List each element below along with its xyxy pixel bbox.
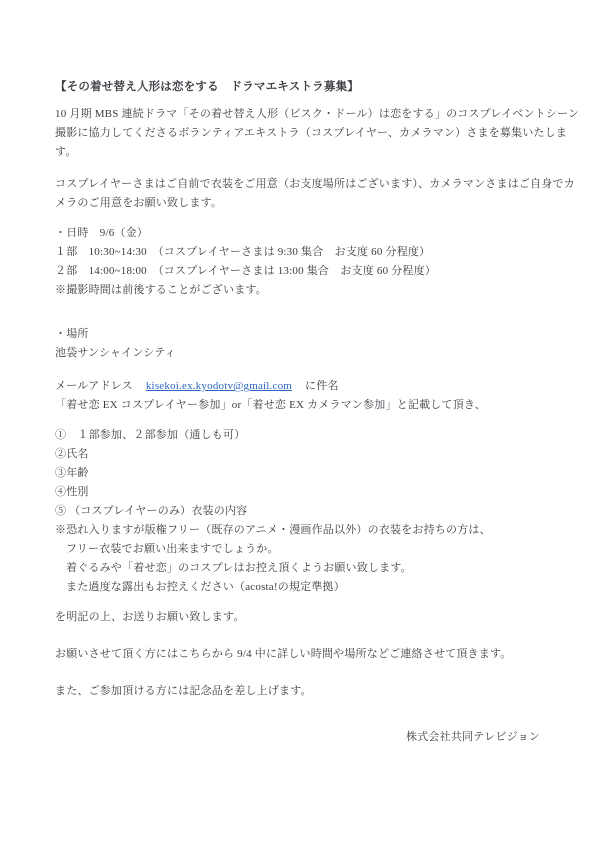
location-name: 池袋サンシャインシティ xyxy=(55,344,540,363)
schedule-date-heading: ・日時 9/6（金） xyxy=(55,224,540,243)
preparation-line: コスプレイヤーさまはご自前で衣装をご用意（お支度場所はございます）、カメラマンさ… xyxy=(55,175,540,194)
document-page: 【その着せ替え人形は恋をする ドラマエキストラ募集】 10 月期 MBS 連続ド… xyxy=(0,0,595,841)
entry-item-3: ③年齢 xyxy=(55,464,540,483)
costume-note-line: 着ぐるみや「着せ恋」のコスプレはお控え頂くようお願い致します。 xyxy=(55,559,540,578)
page-title: 【その着せ替え人形は恋をする ドラマエキストラ募集】 xyxy=(55,78,540,97)
costume-note-line: フリー衣装でお願い出来ますでしょうか。 xyxy=(55,540,540,559)
closing-line-2: お願いさせて頂く方にはこちらから 9/4 中に詳しい時間や場所などご連絡させて頂… xyxy=(55,645,540,664)
company-signature: 株式会社共同テレビジョン xyxy=(55,728,540,747)
intro-line: す。 xyxy=(55,143,540,162)
entry-item-4: ④性別 xyxy=(55,483,540,502)
email-label: メールアドレス xyxy=(55,380,133,392)
costume-note-line: ※恐れ入りますが版権フリー（既存のアニメ・漫画作品以外）の衣装をお持ちの方は、 xyxy=(55,521,540,540)
schedule-part2: ２部 14:00~18:00 （コスプレイヤーさまは 13:00 集合 お支度 … xyxy=(55,262,540,281)
schedule-note: ※撮影時間は前後することがございます。 xyxy=(55,281,540,300)
costume-note-line: また過度な露出もお控えください（acosta!の規定準拠） xyxy=(55,578,540,597)
contact-section: メールアドレスkisekoi.ex.kyodotv@gmail.comに件名 「… xyxy=(55,377,540,415)
preparation-line: メラのご用意をお願い致します。 xyxy=(55,194,540,213)
preparation-paragraph: コスプレイヤーさまはご自前で衣装をご用意（お支度場所はございます）、カメラマンさ… xyxy=(55,175,540,213)
email-link[interactable]: kisekoi.ex.kyodotv@gmail.com xyxy=(146,380,292,392)
subject-instruction-line: 「着せ恋 EX コスプレイヤー参加」or「着せ恋 EX カメラマン参加」と記載し… xyxy=(55,396,540,415)
costume-notes: ※恐れ入りますが版権フリー（既存のアニメ・漫画作品以外）の衣装をお持ちの方は、 … xyxy=(55,521,540,597)
schedule-section: ・日時 9/6（金） １部 10:30~14:30 （コスプレイヤーさまは 9:… xyxy=(55,224,540,300)
intro-line: 10 月期 MBS 連続ドラマ「その着せ替え人形（ビスク・ドール）は恋をする」の… xyxy=(55,105,540,124)
entry-item-5: ⑤ （コスプレイヤーのみ）衣装の内容 xyxy=(55,502,540,521)
closing-line-3: また、ご参加頂ける方には記念品を差し上げます。 xyxy=(55,682,540,701)
email-suffix-label: に件名 xyxy=(305,380,339,392)
schedule-part1: １部 10:30~14:30 （コスプレイヤーさまは 9:30 集合 お支度 6… xyxy=(55,243,540,262)
location-section: ・場所 池袋サンシャインシティ xyxy=(55,325,540,363)
intro-line: 撮影に協力してくださるボランティアエキストラ（コスプレイヤー、カメラマン）さまを… xyxy=(55,124,540,143)
intro-paragraph: 10 月期 MBS 連続ドラマ「その着せ替え人形（ビスク・ドール）は恋をする」の… xyxy=(55,105,540,162)
entry-items-list: ① １部参加、２部参加（通しも可） ②氏名 ③年齢 ④性別 ⑤ （コスプレイヤー… xyxy=(55,426,540,521)
contact-line: メールアドレスkisekoi.ex.kyodotv@gmail.comに件名 xyxy=(55,377,540,396)
entry-item-2: ②氏名 xyxy=(55,445,540,464)
entry-item-1: ① １部参加、２部参加（通しも可） xyxy=(55,426,540,445)
location-heading: ・場所 xyxy=(55,325,540,344)
closing-line-1: を明記の上、お送りお願い致します。 xyxy=(55,608,540,627)
